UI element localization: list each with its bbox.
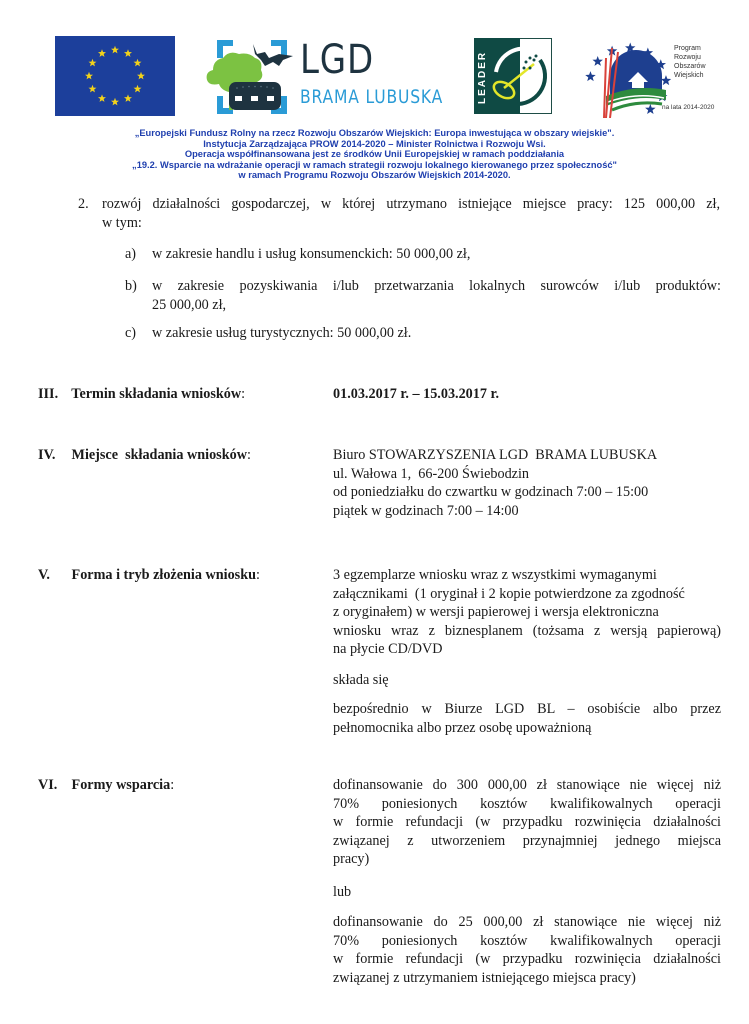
subitem-text: 25 000,00 zł, — [152, 296, 721, 315]
office-name: Biuro STOWARZYSZENIA LGD BRAMA LUBUSKA — [333, 446, 721, 465]
section-colon: : — [170, 777, 174, 793]
disclaimer-line: „19.2. Wsparcie na wdrażanie operacji w … — [0, 160, 749, 171]
paragraph-line: 70% poniesionych kosztów kwalifikowalnyc… — [333, 795, 721, 814]
section-title: Forma i tryb złożenia wniosku — [72, 567, 256, 583]
section-vi-heading: VI. Formy wsparcia: — [38, 776, 174, 795]
section-colon: : — [241, 386, 245, 402]
paragraph-line: wniosku wraz z biznesplanem (tożsama z w… — [333, 622, 721, 641]
prow-label-line: Program — [674, 44, 714, 53]
section-number: III. — [38, 385, 68, 404]
paragraph-line: dofinansowanie do 25 000,00 zł stanowiąc… — [333, 913, 721, 932]
subitem-text: w zakresie handlu i usług konsumenckich:… — [152, 245, 721, 264]
section-iii-heading: III. Termin składania wniosków: — [38, 385, 245, 404]
prow-years: na lata 2014-2020 — [662, 104, 714, 111]
paragraph-line: związanej z utworzeniem przynajmniej jed… — [333, 832, 721, 851]
office-address: ul. Wałowa 1, 66-200 Świebodzin — [333, 465, 721, 484]
subitem-label: c) — [125, 324, 136, 343]
section-iv-heading: IV. Miejsce składania wniosków: — [38, 446, 251, 465]
paragraph-line: pracy) — [333, 850, 721, 869]
lgd-brama-lubuska-logo: LGD BRAMA LUBUSKA — [203, 36, 453, 118]
section-iv-value: Biuro STOWARZYSZENIA LGD BRAMA LUBUSKA u… — [333, 446, 721, 520]
header-logos: LGD BRAMA LUBUSKA LEADER Program Rozwoju — [0, 36, 749, 126]
paragraph-line: związanej z utrzymaniem istniejącego mie… — [333, 969, 721, 988]
section-vi-paragraph-2: lub — [333, 883, 721, 902]
lgd-emblem-icon — [203, 36, 303, 118]
section-vi-paragraph-1: dofinansowanie do 300 000,00 zł stanowią… — [333, 776, 721, 869]
section-v-heading: V. Forma i tryb złożenia wniosku: — [38, 566, 260, 585]
paragraph-line: w formie refundacji (w przypadku rozwini… — [333, 950, 721, 969]
section-vi-paragraph-3: dofinansowanie do 25 000,00 zł stanowiąc… — [333, 913, 721, 987]
subitem-label: b) — [125, 277, 137, 296]
office-hours-fri: piątek w godzinach 7:00 – 14:00 — [333, 502, 721, 521]
paragraph-line: 70% poniesionych kosztów kwalifikowalnyc… — [333, 932, 721, 951]
leader-logo: LEADER — [474, 38, 552, 114]
prow-label-line: Wiejskich — [674, 71, 714, 80]
prow-label: Program Rozwoju Obszarów Wiejskich — [674, 44, 714, 80]
list-item-text: rozwój działalności gospodarczej, w któr… — [102, 195, 720, 214]
section-number: IV. — [38, 446, 68, 465]
prow-logo: Program Rozwoju Obszarów Wiejskich na la… — [576, 38, 706, 118]
section-title: Termin składania wniosków — [71, 386, 241, 402]
section-number: VI. — [38, 776, 68, 795]
office-hours-mon-thu: od poniedziałku do czwartku w godzinach … — [333, 483, 721, 502]
disclaimer-line: w ramach Programu Rozwoju Obszarów Wiejs… — [0, 170, 749, 181]
section-colon: : — [247, 447, 251, 463]
section-v-paragraph-1: 3 egzemplarze wniosku wraz z wszystkimi … — [333, 566, 721, 659]
paragraph-line: z oryginałem) w wersji papierowej i wers… — [333, 603, 721, 622]
prow-emblem-icon — [576, 38, 672, 118]
section-number: V. — [38, 566, 68, 585]
paragraph-line: w formie refundacji (w przypadku rozwini… — [333, 813, 721, 832]
eu-flag-logo — [55, 36, 175, 116]
paragraph-line: na płycie CD/DVD — [333, 640, 721, 659]
disclaimer-line: Operacja współfinansowana jest ze środkó… — [0, 149, 749, 160]
disclaimer-line: „Europejski Fundusz Rolny na rzecz Rozwo… — [0, 128, 749, 139]
submission-dates: 01.03.2017 r. – 15.03.2017 r. — [333, 385, 721, 404]
subitem-text: w zakresie pozyskiwania i/lub przetwarza… — [152, 277, 721, 296]
prow-label-line: Rozwoju — [674, 53, 714, 62]
list-item-number: 2. — [78, 195, 89, 214]
funding-disclaimer: „Europejski Fundusz Rolny na rzecz Rozwo… — [0, 128, 749, 181]
section-colon: : — [256, 567, 260, 583]
paragraph-line: załącznikami (1 oryginał i 2 kopie potwi… — [333, 585, 721, 604]
eu-stars-icon — [55, 36, 175, 116]
section-title: Miejsce składania wniosków — [72, 447, 247, 463]
paragraph-line: 3 egzemplarze wniosku wraz z wszystkimi … — [333, 566, 721, 585]
section-v-paragraph-2: składa się — [333, 671, 721, 690]
lgd-title: LGD — [300, 40, 374, 80]
list-item-text: w tym: — [102, 214, 720, 233]
section-iii-value: 01.03.2017 r. – 15.03.2017 r. — [333, 385, 721, 404]
subitem-label: a) — [125, 245, 136, 264]
paragraph-line: bezpośrednio w Biurze LGD BL – osobiście… — [333, 700, 721, 719]
section-title: Formy wsparcia — [72, 777, 171, 793]
disclaimer-line: Instytucja Zarządzająca PROW 2014-2020 –… — [0, 139, 749, 150]
paragraph-line: dofinansowanie do 300 000,00 zł stanowią… — [333, 776, 721, 795]
prow-label-line: Obszarów — [674, 62, 714, 71]
paragraph-line: składa się — [333, 671, 721, 690]
lgd-subtitle: BRAMA LUBUSKA — [300, 86, 443, 108]
paragraph-line: pełnomocnika albo przez osobę upoważnion… — [333, 719, 721, 738]
svg-text:LEADER: LEADER — [477, 51, 488, 104]
paragraph-line: lub — [333, 883, 721, 902]
leader-emblem-icon: LEADER — [474, 38, 552, 114]
subitem-text: w zakresie usług turystycznych: 50 000,0… — [152, 324, 721, 343]
section-v-paragraph-3: bezpośrednio w Biurze LGD BL – osobiście… — [333, 700, 721, 737]
